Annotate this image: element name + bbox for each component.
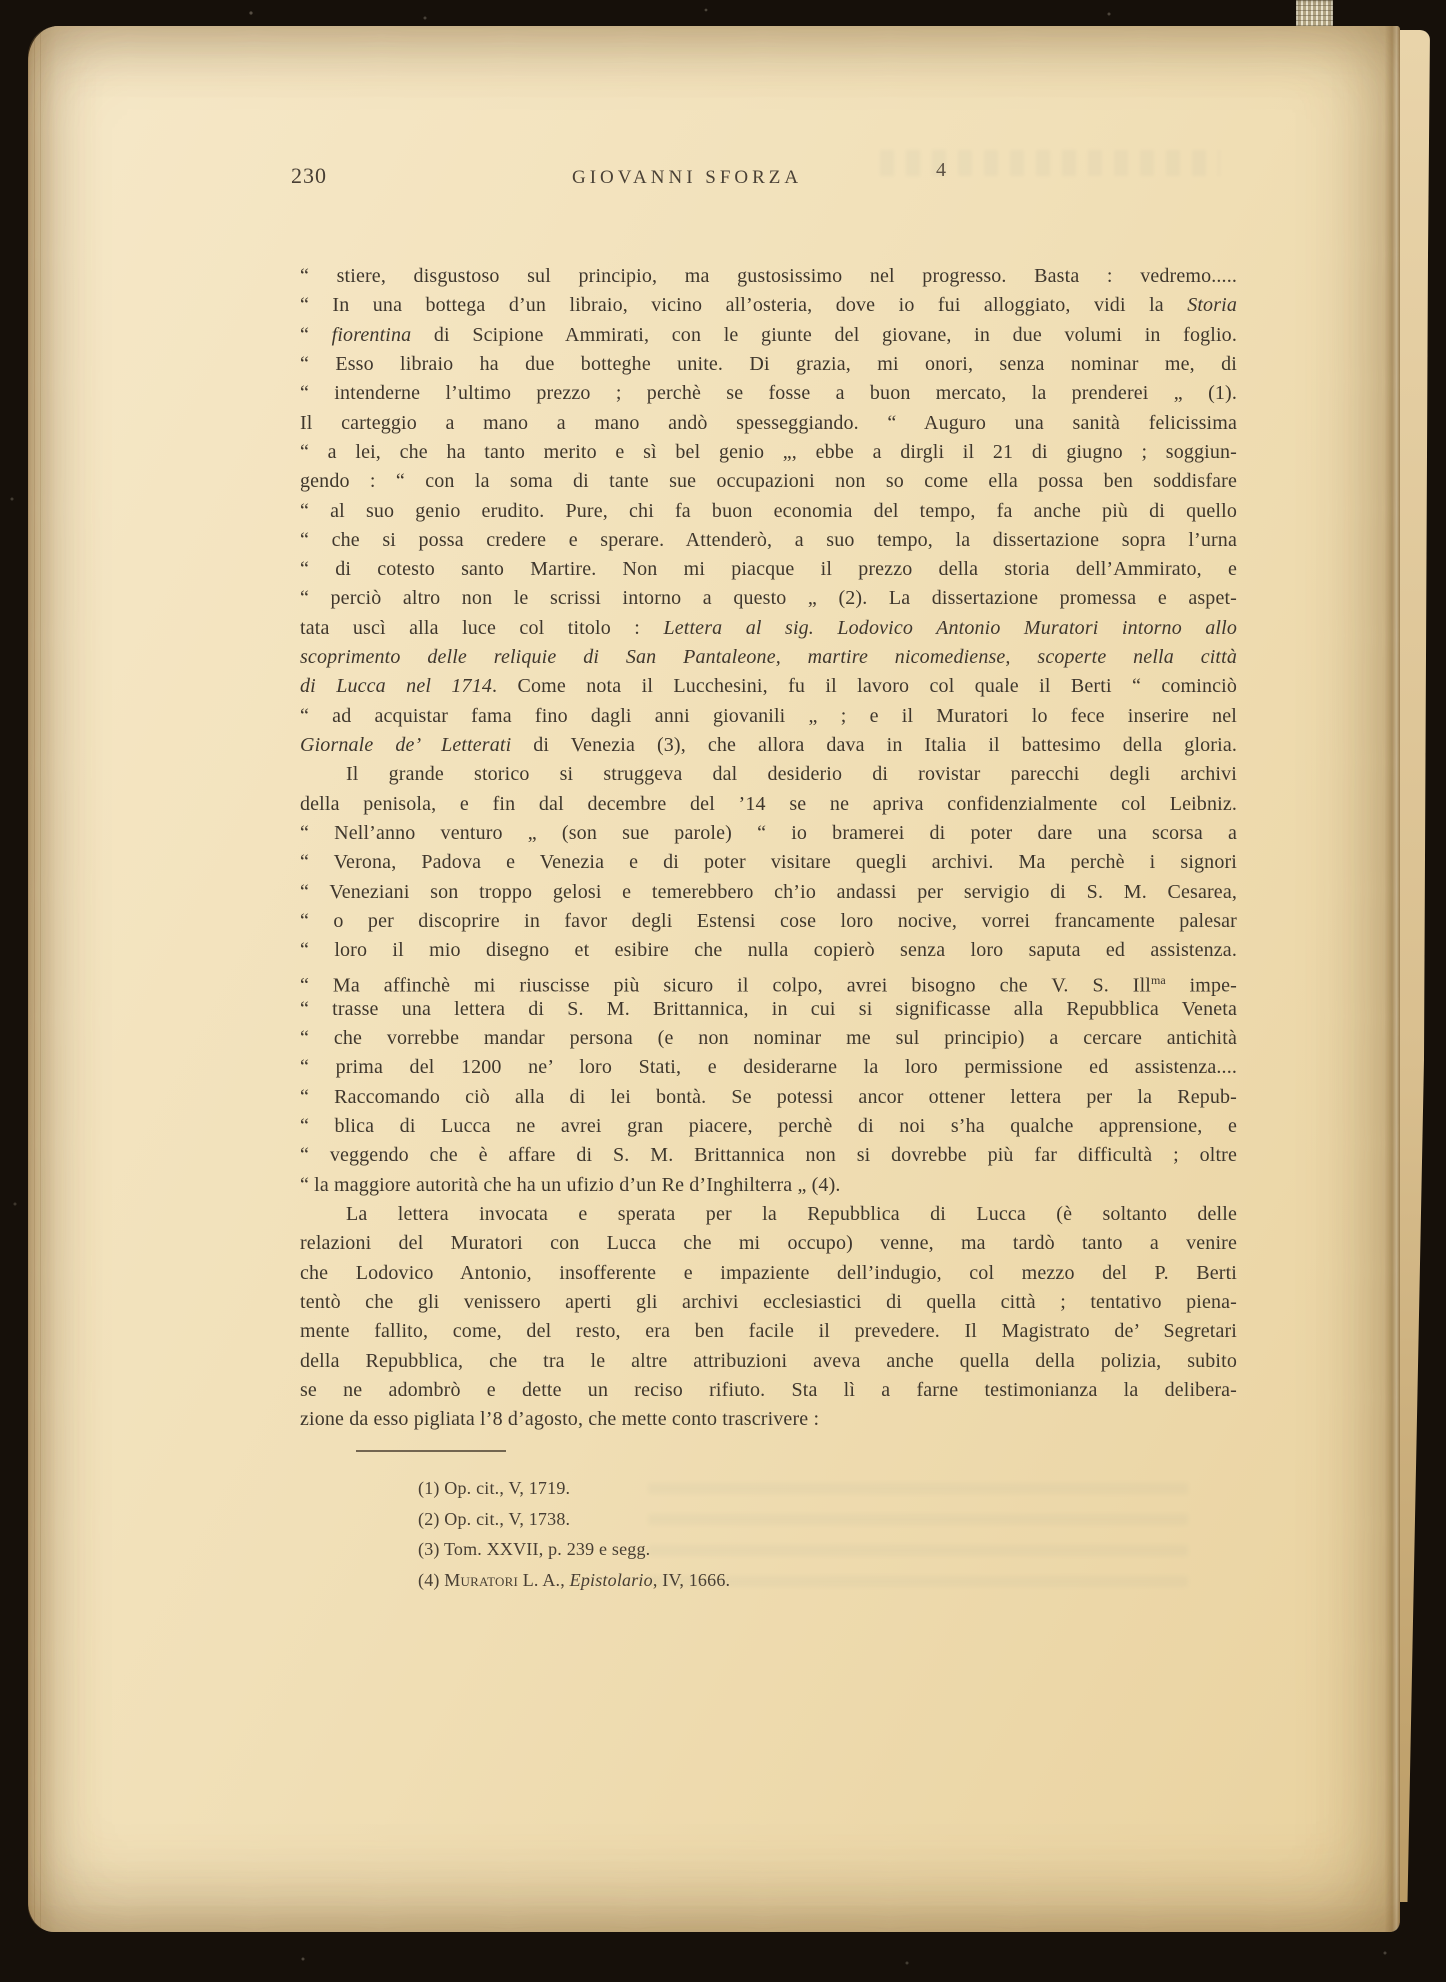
text-segment: “ loro il mio disegno et esibire che nul… bbox=[300, 939, 1237, 961]
text-segment: “ Raccomando ciò alla di lei bontà. Se p… bbox=[300, 1086, 1237, 1108]
text-segment: “ Nell’anno venturo „ (son sue parole) “… bbox=[300, 822, 1237, 844]
italic-text: Storia bbox=[1187, 294, 1237, 316]
text-segment: mente fallito, come, del resto, era ben … bbox=[300, 1320, 1237, 1342]
text-segment: “ stiere, disgustoso sul principio, ma g… bbox=[300, 265, 1237, 287]
text-segment: “ veggendo che è affare di S. M. Brittan… bbox=[300, 1144, 1237, 1166]
italic-text: Giornale de’ Letterati bbox=[300, 734, 511, 756]
text-line: che Lodovico Antonio, insofferente e imp… bbox=[300, 1259, 1237, 1288]
text-line: “ trasse una lettera di S. M. Brittannic… bbox=[300, 995, 1237, 1024]
text-line: “ che vorrebbe mandar persona (e non nom… bbox=[300, 1024, 1237, 1053]
text-segment: “ di cotesto santo Martire. Non mi piacq… bbox=[300, 558, 1237, 580]
text-line: “ che si possa credere e sperare. Attend… bbox=[300, 526, 1237, 555]
text-segment: di Scipione Ammirati, con le giunte del … bbox=[411, 324, 1237, 346]
text-line: “ Veneziani son troppo gelosi e temerebb… bbox=[300, 878, 1237, 907]
text-segment: . Come nota il Lucchesini, fu il lavoro … bbox=[492, 675, 1237, 697]
text-segment: “ che vorrebbe mandar persona (e non nom… bbox=[300, 1027, 1237, 1049]
text-segment: (1) Op. cit., V, 1719. bbox=[418, 1478, 570, 1498]
text-segment: di Venezia (3), che allora dava in Itali… bbox=[511, 734, 1237, 756]
text-line: “ Nell’anno venturo „ (son sue parole) “… bbox=[300, 819, 1237, 848]
text-line: “ Verona, Padova e Venezia e di poter vi… bbox=[300, 848, 1237, 877]
text-segment: “ ad acquistar fama fino dagli anni giov… bbox=[300, 705, 1237, 727]
body-text: “ stiere, disgustoso sul principio, ma g… bbox=[300, 262, 1237, 1435]
text-segment: “ Veneziani son troppo gelosi e temerebb… bbox=[300, 881, 1237, 903]
italic-text: fiorentina bbox=[332, 324, 412, 346]
text-line: “ intenderne l’ultimo prezzo ; perchè se… bbox=[300, 379, 1237, 408]
text-segment: “ Esso libraio ha due botteghe unite. Di… bbox=[300, 353, 1237, 375]
text-line: “ veggendo che è affare di S. M. Brittan… bbox=[300, 1141, 1237, 1170]
footnote-item: (1) Op. cit., V, 1719. bbox=[418, 1473, 1058, 1504]
text-line: “ In una bottega d’un libraio, vicino al… bbox=[300, 291, 1237, 320]
text-segment: Il grande storico si struggeva dal desid… bbox=[346, 763, 1237, 785]
text-segment: gendo : “ con la soma di tante sue occup… bbox=[300, 470, 1237, 492]
text-line: mente fallito, come, del resto, era ben … bbox=[300, 1317, 1237, 1346]
text-line: “ a lei, che ha tanto merito e sì bel ge… bbox=[300, 438, 1237, 467]
text-line: “ di cotesto santo Martire. Non mi piacq… bbox=[300, 555, 1237, 584]
text-line: “ ad acquistar fama fino dagli anni giov… bbox=[300, 702, 1237, 731]
text-segment: “ In una bottega d’un libraio, vicino al… bbox=[300, 294, 1187, 316]
text-line: “ Esso libraio ha due botteghe unite. Di… bbox=[300, 350, 1237, 379]
text-line: “ la maggiore autorità che ha un ufizio … bbox=[300, 1171, 1237, 1200]
left-page-stack-edges bbox=[28, 26, 58, 1932]
text-segment: “ perciò altro non le scrissi intorno a … bbox=[300, 587, 1237, 609]
text-segment: “ blica di Lucca ne avrei gran piacere, … bbox=[300, 1115, 1237, 1137]
text-line: La lettera invocata e sperata per la Rep… bbox=[300, 1200, 1237, 1229]
footnote-item: (3) Tom. XXVII, p. 239 e segg. bbox=[418, 1534, 1058, 1565]
footnote-separator-rule bbox=[356, 1450, 506, 1452]
text-line: gendo : “ con la soma di tante sue occup… bbox=[300, 467, 1237, 496]
italic-text: Lettera al sig. Lodovico Antonio Murator… bbox=[663, 617, 1237, 639]
text-line: Giornale de’ Letterati di Venezia (3), c… bbox=[300, 731, 1237, 760]
text-segment: “ bbox=[300, 324, 332, 346]
smallcaps-text: Muratori bbox=[444, 1570, 518, 1590]
text-segment: L. A., bbox=[518, 1570, 570, 1590]
photo-background: { "page": { "header": { "page_number": "… bbox=[0, 0, 1446, 1982]
text-segment: zione da esso pigliata l’8 d’agosto, che… bbox=[300, 1408, 819, 1430]
text-segment: “ intenderne l’ultimo prezzo ; perchè se… bbox=[300, 382, 1237, 404]
page-number: 230 bbox=[291, 163, 327, 189]
right-page-curl bbox=[1372, 26, 1400, 1932]
footnote-item: (2) Op. cit., V, 1738. bbox=[418, 1504, 1058, 1535]
text-segment: (4) bbox=[418, 1570, 444, 1590]
text-segment: “ al suo genio erudito. Pure, chi fa buo… bbox=[300, 500, 1237, 522]
text-segment: “ a lei, che ha tanto merito e sì bel ge… bbox=[300, 441, 1237, 463]
text-line: “ o per discoprire in favor degli Estens… bbox=[300, 907, 1237, 936]
text-line: tata uscì alla luce col titolo : Lettera… bbox=[300, 614, 1237, 643]
text-segment: della Repubblica, che tra le altre attri… bbox=[300, 1350, 1237, 1372]
text-line: “ al suo genio erudito. Pure, chi fa buo… bbox=[300, 497, 1237, 526]
text-segment: “ Verona, Padova e Venezia e di poter vi… bbox=[300, 851, 1237, 873]
text-line: “ prima del 1200 ne’ loro Stati, e desid… bbox=[300, 1053, 1237, 1082]
text-line: Il carteggio a mano a mano andò spessegg… bbox=[300, 409, 1237, 438]
text-segment: (2) Op. cit., V, 1738. bbox=[418, 1509, 570, 1529]
text-segment: La lettera invocata e sperata per la Rep… bbox=[346, 1203, 1237, 1225]
text-line: Il grande storico si struggeva dal desid… bbox=[300, 760, 1237, 789]
text-line: “ loro il mio disegno et esibire che nul… bbox=[300, 936, 1237, 965]
text-line: “ Raccomando ciò alla di lei bontà. Se p… bbox=[300, 1083, 1237, 1112]
text-line: se ne adombrò e dette un reciso rifiuto.… bbox=[300, 1376, 1237, 1405]
text-line: di Lucca nel 1714. Come nota il Lucchesi… bbox=[300, 672, 1237, 701]
text-segment: se ne adombrò e dette un reciso rifiuto.… bbox=[300, 1379, 1237, 1401]
text-line: “ Ma affinchè mi riuscisse più sicuro il… bbox=[300, 966, 1237, 995]
footnote-item: (4) Muratori L. A., Epistolario, IV, 166… bbox=[418, 1565, 1058, 1596]
text-segment: tata uscì alla luce col titolo : bbox=[300, 617, 663, 639]
signature-mark: 4 bbox=[936, 159, 946, 182]
italic-text: Epistolario bbox=[570, 1570, 653, 1590]
text-segment: “ o per discoprire in favor degli Estens… bbox=[300, 910, 1237, 932]
show-through-ghost bbox=[880, 150, 1220, 176]
text-line: della Repubblica, che tra le altre attri… bbox=[300, 1347, 1237, 1376]
text-segment: che Lodovico Antonio, insofferente e imp… bbox=[300, 1262, 1237, 1284]
text-line: tentò che gli venissero aperti gli archi… bbox=[300, 1288, 1237, 1317]
italic-text: di Lucca nel 1714 bbox=[300, 675, 492, 697]
text-segment: tentò che gli venissero aperti gli archi… bbox=[300, 1291, 1237, 1313]
text-segment: Il carteggio a mano a mano andò spessegg… bbox=[300, 412, 1237, 434]
text-segment: (3) Tom. XXVII, p. 239 e segg. bbox=[418, 1539, 650, 1559]
running-title: GIOVANNI SFORZA bbox=[572, 167, 802, 189]
text-segment: “ trasse una lettera di S. M. Brittannic… bbox=[300, 998, 1237, 1020]
text-line: “ fiorentina di Scipione Ammirati, con l… bbox=[300, 321, 1237, 350]
book-page: 230 GIOVANNI SFORZA 4 “ stiere, disgusto… bbox=[28, 26, 1400, 1932]
text-line: “ stiere, disgustoso sul principio, ma g… bbox=[300, 262, 1237, 291]
text-line: “ blica di Lucca ne avrei gran piacere, … bbox=[300, 1112, 1237, 1141]
superscript-text: ma bbox=[1151, 973, 1166, 987]
text-segment: “ che si possa credere e sperare. Attend… bbox=[300, 529, 1237, 551]
text-segment: , IV, 1666. bbox=[653, 1570, 730, 1590]
text-segment: “ la maggiore autorità che ha un ufizio … bbox=[300, 1174, 841, 1196]
text-segment: impe- bbox=[1166, 974, 1237, 996]
text-segment: “ prima del 1200 ne’ loro Stati, e desid… bbox=[300, 1056, 1237, 1078]
text-line: “ perciò altro non le scrissi intorno a … bbox=[300, 584, 1237, 613]
text-line: della penisola, e fin dal decembre del ’… bbox=[300, 790, 1237, 819]
text-line: relazioni del Muratori con Lucca che mi … bbox=[300, 1229, 1237, 1258]
text-segment: relazioni del Muratori con Lucca che mi … bbox=[300, 1232, 1237, 1254]
italic-text: scoprimento delle reliquie di San Pantal… bbox=[300, 646, 1237, 668]
text-segment: “ Ma affinchè mi riuscisse più sicuro il… bbox=[300, 974, 1151, 996]
text-line: scoprimento delle reliquie di San Pantal… bbox=[300, 643, 1237, 672]
text-segment: della penisola, e fin dal decembre del ’… bbox=[300, 793, 1237, 815]
text-line: zione da esso pigliata l’8 d’agosto, che… bbox=[300, 1405, 1237, 1434]
footnotes: (1) Op. cit., V, 1719.(2) Op. cit., V, 1… bbox=[418, 1473, 1058, 1595]
dust-specks bbox=[0, 0, 2, 2]
